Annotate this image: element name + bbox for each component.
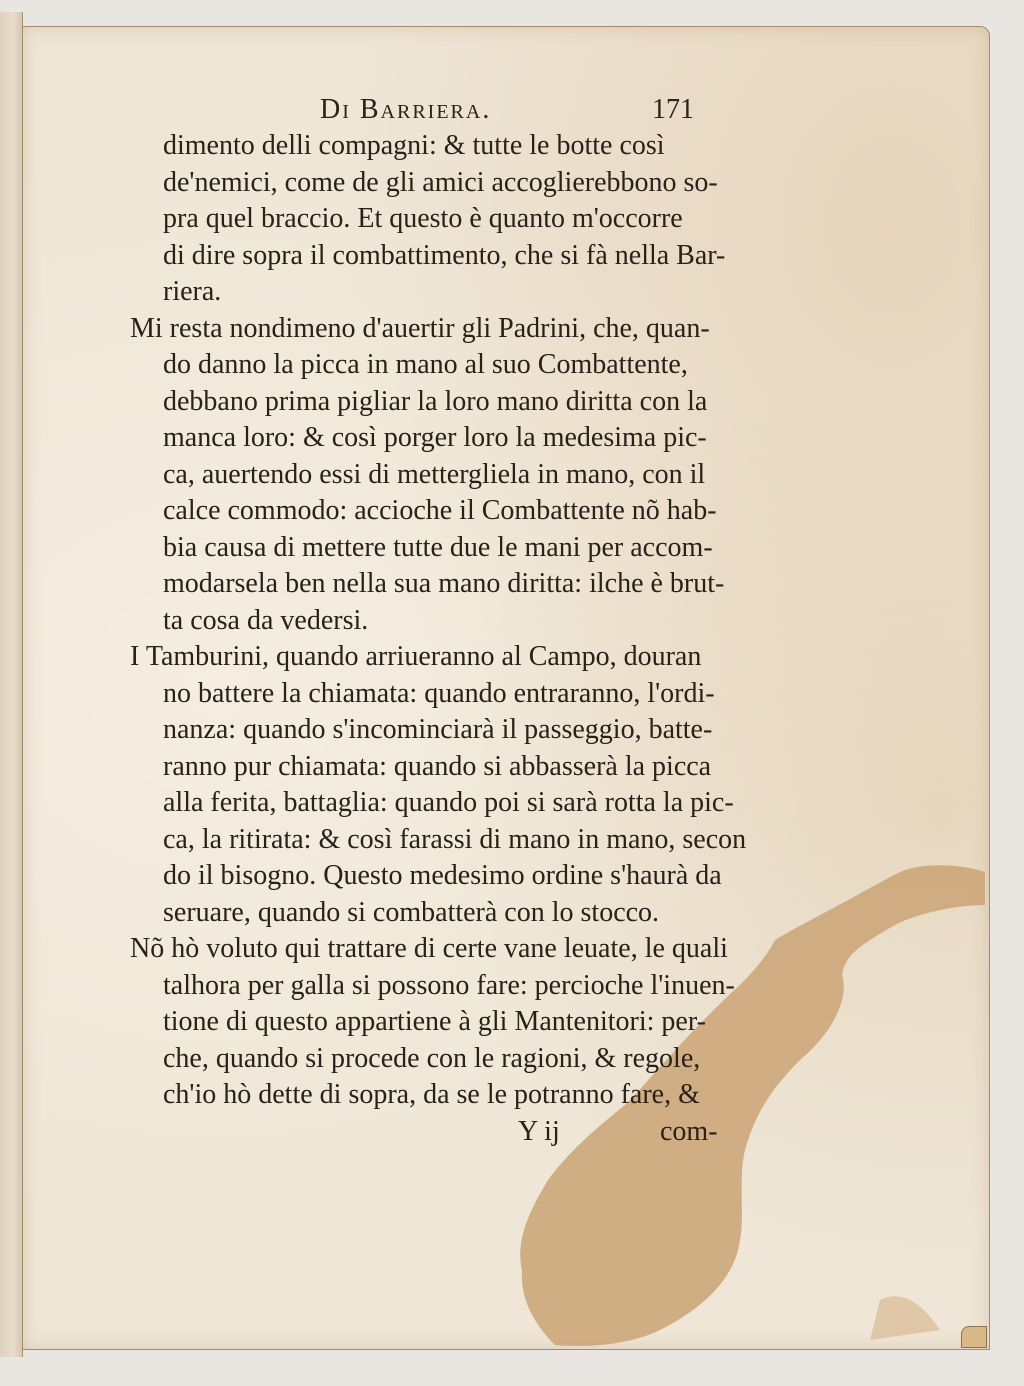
page-number: 171	[652, 92, 694, 129]
text-line: do danno la picca in mano al suo Combatt…	[130, 347, 770, 384]
text-line: seruare, quando si combatterà con lo sto…	[130, 895, 770, 932]
text-line: ranno pur chiamata: quando si abbasserà …	[130, 749, 770, 786]
text-line: bia causa di mettere tutte due le mani p…	[130, 530, 770, 567]
text-line: ca, la ritirata: & così farassi di mano …	[130, 822, 770, 859]
text-line: ch'io hò dette di sopra, da se le potran…	[130, 1077, 770, 1114]
text-line: talhora per galla si possono fare: perci…	[130, 968, 770, 1005]
text-line: riera.	[130, 274, 770, 311]
page-text: Di Barriera. 171 dimento delli compagni:…	[130, 92, 770, 1150]
text-line: alla ferita, battaglia: quando poi si sa…	[130, 785, 770, 822]
signature-mark: Y ij	[518, 1114, 560, 1151]
text-line: tione di questo appartiene à gli Manteni…	[130, 1004, 770, 1041]
text-line: ca, auertendo essi di mettergliela in ma…	[130, 457, 770, 494]
text-line: debbano prima pigliar la loro mano dirit…	[130, 384, 770, 421]
text-line: calce commodo: accioche il Combattente n…	[130, 493, 770, 530]
running-head: Di Barriera. 171	[130, 92, 770, 128]
text-line: pra quel braccio. Et questo è quanto m'o…	[130, 201, 770, 238]
text-line: ta cosa da vedersi.	[130, 603, 770, 640]
folded-corner	[961, 1326, 987, 1348]
running-head-title: Di Barriera.	[320, 92, 491, 129]
text-line: do il bisogno. Questo medesimo ordine s'…	[130, 858, 770, 895]
text-line: che, quando si procede con le ragioni, &…	[130, 1041, 770, 1078]
text-line: nanza: quando s'incominciarà il passeggi…	[130, 712, 770, 749]
text-line: dimento delli compagni: & tutte le botte…	[130, 128, 770, 165]
body-text: dimento delli compagni: & tutte le botte…	[130, 128, 770, 1114]
text-line: modarsela ben nella sua mano diritta: il…	[130, 566, 770, 603]
text-line: de'nemici, come de gli amici accogliereb…	[130, 165, 770, 202]
facing-page-edge	[0, 12, 23, 1357]
text-line: Nõ hò voluto qui trattare di certe vane …	[130, 931, 770, 968]
catch-line: Y ij com-	[130, 1114, 770, 1150]
text-line: no battere la chiamata: quando entrarann…	[130, 676, 770, 713]
text-line: di dire sopra il combattimento, che si f…	[130, 238, 770, 275]
catchword: com-	[660, 1114, 718, 1151]
text-line: manca loro: & così porger loro la medesi…	[130, 420, 770, 457]
text-line: I Tamburini, quando arriueranno al Campo…	[130, 639, 770, 676]
text-line: Mi resta nondimeno d'auertir gli Padrini…	[130, 311, 770, 348]
